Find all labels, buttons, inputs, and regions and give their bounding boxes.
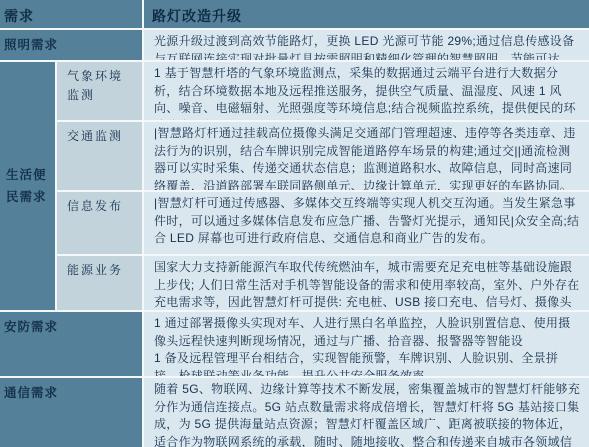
sub-label-weather-monitoring: 气象环境监测 — [57, 62, 142, 120]
street-lamp-upgrade-table: 需求 路灯改造升级 照明需求 光源升级过渡到高效节能路灯，更换 LED 光源可节… — [0, 0, 589, 447]
row-content-lighting: 光源升级过渡到高效节能路灯，更换 LED 光源可节能 29%;通过信息传感设备与… — [144, 30, 589, 60]
row-label-life-convenience-group: 生活便民需求 — [0, 62, 55, 310]
row-content-info-release: |智慧灯杆可通过传感器、多媒体交互终端等实现人机交互沟通。当发生紧急事件时，可以… — [144, 192, 589, 254]
row-content-security: 1 通过部署摄像头实现对车、人进行黑白名单监控，人脸识别置信息、使用摄像头远程快… — [144, 312, 589, 376]
row-label-security: 安防需求 — [0, 312, 142, 376]
row-content-weather-monitoring: 1 基于智慧杆塔的气象环境监测点，采集的数据通过云端平台进行大数据分析，结合环境… — [144, 62, 589, 120]
sub-label-traffic-monitoring: 交通监测 — [57, 122, 142, 190]
header-demand-column: 需求 — [0, 0, 142, 28]
sub-label-energy-business: 能源业务 — [57, 256, 142, 310]
row-content-traffic-monitoring: |智慧路灯杆通过挂载高位摄像头满足交通部门管理超速、违停等各类违章、违法行为的识… — [144, 122, 589, 190]
row-label-communication: 通信需求 — [0, 378, 142, 447]
row-label-lighting: 照明需求 — [0, 30, 142, 60]
row-content-communication: 随着 5G、物联网、边缘计算等技术不断发展，密集覆盖城市的智慧灯杆能够充分作为通… — [144, 378, 589, 447]
sub-label-info-release: 信息发布 — [57, 192, 142, 254]
header-title: 路灯改造升级 — [144, 0, 589, 28]
row-content-energy-business: 国家大力支持新能源汽车取代传统燃油车，城市需要充足充电桩等基础设施跟上步伐; 人… — [144, 256, 589, 310]
